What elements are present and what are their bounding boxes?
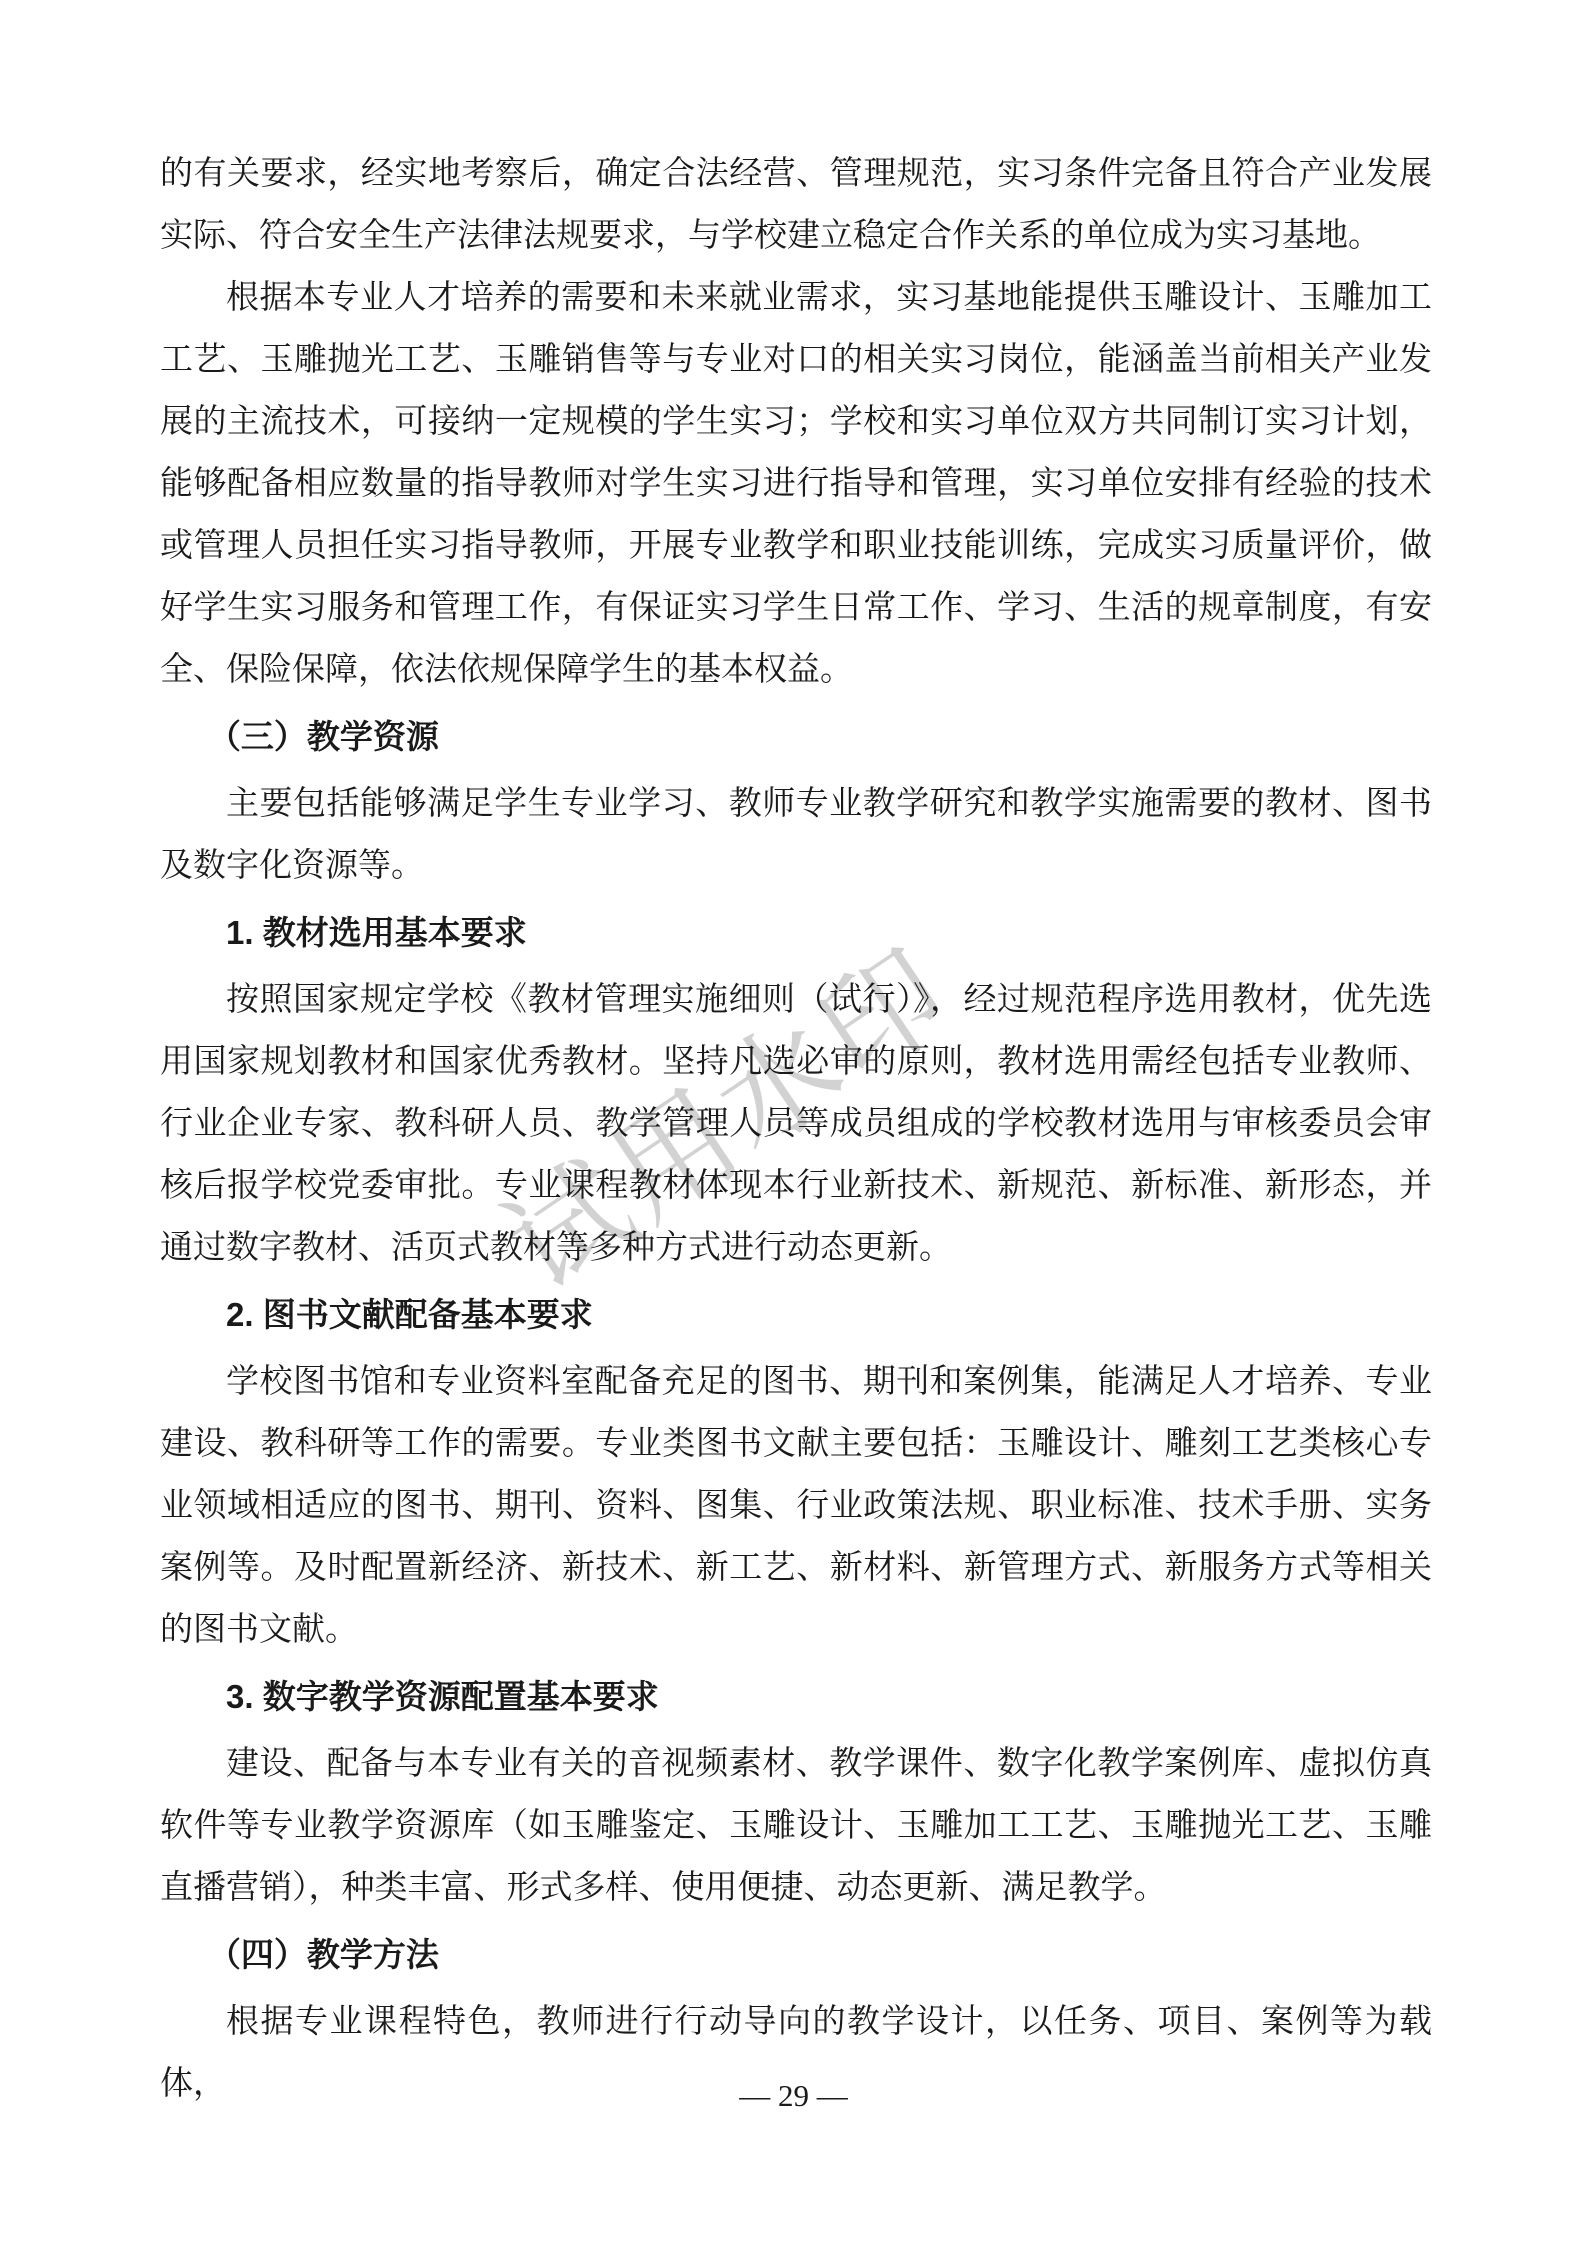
paragraph: 按照国家规定学校《教材管理实施细则（试行）》，经过规范程序选用教材，优先选用国家… xyxy=(160,969,1432,1279)
section-heading: 3. 数字教学资源配置基本要求 xyxy=(160,1666,1432,1728)
paragraph: 建设、配备与本专业有关的音视频素材、教学课件、数字化教学案例库、虚拟仿真软件等专… xyxy=(160,1733,1432,1919)
document-page: 试用水印 的有关要求，经实地考察后，确定合法经营、管理规范，实习条件完备且符合产… xyxy=(0,0,1587,2245)
paragraph: 的有关要求，经实地考察后，确定合法经营、管理规范，实习条件完备且符合产业发展实际… xyxy=(160,143,1432,267)
paragraph: 主要包括能够满足学生专业学习、教师专业教学研究和教学实施需要的教材、图书及数字化… xyxy=(160,773,1432,897)
section-heading: 1. 教材选用基本要求 xyxy=(160,902,1432,964)
section-heading: （四）教学方法 xyxy=(160,1924,1432,1986)
section-heading: 2. 图书文献配备基本要求 xyxy=(160,1284,1432,1346)
paragraph: 学校图书馆和专业资料室配备充足的图书、期刊和案例集，能满足人才培养、专业建设、教… xyxy=(160,1351,1432,1661)
section-heading: （三）教学资源 xyxy=(160,706,1432,768)
page-footer: — 29 — xyxy=(0,2078,1587,2114)
page-number: — 29 — xyxy=(739,2078,848,2113)
document-body: 的有关要求，经实地考察后，确定合法经营、管理规范，实习条件完备且符合产业发展实际… xyxy=(160,143,1432,2115)
paragraph: 根据本专业人才培养的需要和未来就业需求，实习基地能提供玉雕设计、玉雕加工工艺、玉… xyxy=(160,267,1432,701)
